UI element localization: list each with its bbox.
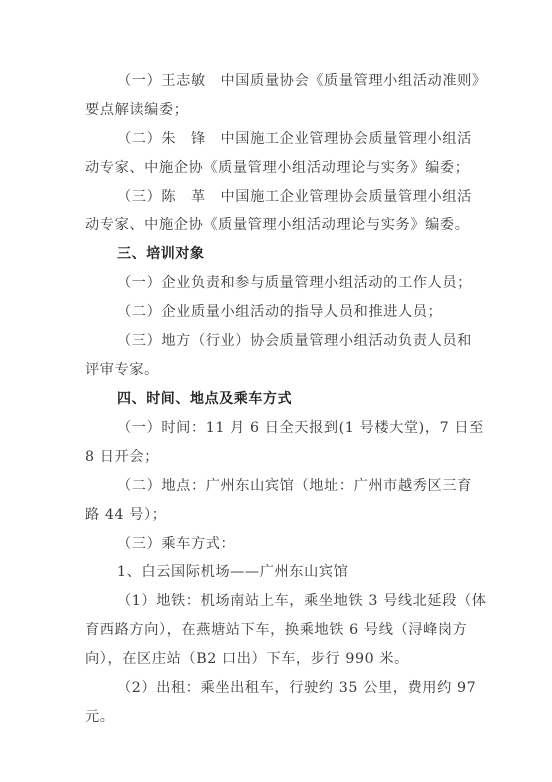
text-line-taxi: （2）出租：乘坐出租车，行驶约 35 公里，费用约 97 [117, 678, 507, 698]
text-line-target-3: （三）地方（行业）协会质量管理小组活动负责人员和 [117, 331, 507, 351]
section-heading-time-location: 四、时间、地点及乘车方式 [117, 389, 507, 409]
text-line-transport: （三）乘车方式： [117, 534, 507, 554]
text-line-target-2: （二）企业质量小组活动的指导人员和推进人员； [117, 302, 507, 322]
text-line-target-3-cont: 评审专家。 [85, 360, 475, 380]
text-line-metro: （1）地铁：机场南站上车，乘坐地铁 3 号线北延段（体 [117, 591, 507, 611]
text-line-location: （二）地点：广州东山宾馆（地址：广州市越秀区三育 [117, 476, 507, 496]
text-line-committee-1: （一）王志敏 中国质量协会《质量管理小组活动准则》 [117, 71, 507, 91]
text-line-taxi-cont: 元。 [85, 707, 475, 727]
text-line-committee-1-cont: 要点解读编委； [85, 100, 475, 120]
text-line-route-airport: 1、白云国际机场——广州东山宾馆 [117, 562, 507, 582]
text-line-metro-cont-1: 育西路方向），在燕塘站下车，换乘地铁 6 号线（浔峰岗方 [85, 620, 475, 640]
text-line-committee-2: （二）朱 锋 中国施工企业管理协会质量管理小组活 [117, 129, 507, 149]
text-line-target-1: （一）企业负责和参与质量管理小组活动的工作人员； [117, 273, 507, 293]
text-line-metro-cont-2: 向），在区庄站（B2 口出）下车，步行 990 米。 [85, 649, 475, 669]
text-line-committee-2-cont: 动专家、中施企协《质量管理小组活动理论与实务》编委； [85, 158, 475, 178]
text-line-committee-3: （三）陈 革 中国施工企业管理协会质量管理小组活 [117, 187, 507, 207]
text-line-location-cont: 路 44 号）； [85, 505, 475, 525]
text-line-time: （一）时间：11 月 6 日全天报到(1 号楼大堂)，7 日至 [117, 418, 507, 438]
document-page: （一）王志敏 中国质量协会《质量管理小组活动准则》 要点解读编委； （二）朱 锋… [0, 0, 552, 782]
section-heading-training-targets: 三、培训对象 [117, 244, 507, 264]
text-line-committee-3-cont: 动专家、中施企协《质量管理小组活动理论与实务》编委。 [85, 215, 475, 235]
text-line-time-cont: 8 日开会； [85, 447, 475, 467]
